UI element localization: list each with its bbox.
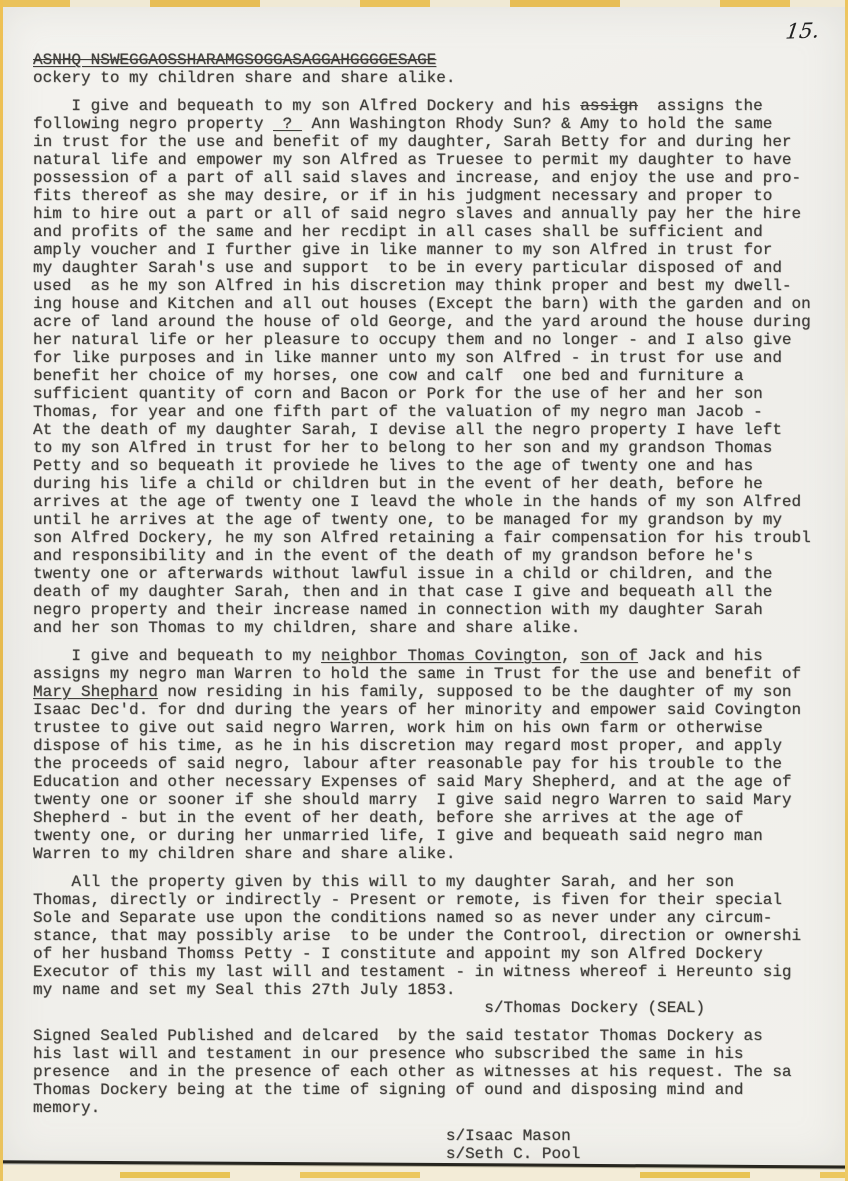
text-line: possession of a part of all said slaves … [33, 169, 839, 187]
text-run: s/Isaac Mason [33, 1127, 571, 1145]
text-line: Education and other necessary Expenses o… [33, 773, 839, 791]
bequest-to-covington-paragraph: I give and bequeath to my neighbor Thoma… [33, 647, 839, 863]
text-line: Shepherd - but in the event of her death… [33, 809, 839, 827]
text-line: Signed Sealed Published and delcared by … [33, 1027, 839, 1045]
text-line: Executor of this my last will and testam… [33, 963, 839, 981]
scan-background: 15. ASNHQ NSWEGGAOSSHARAMGSOGGASAGGAHGGG… [0, 0, 848, 1181]
text-line: her natural life or her pleasure to occu… [33, 331, 839, 349]
attestation-paragraph: Signed Sealed Published and delcared by … [33, 1027, 839, 1117]
text-line: stance, that may possibly arise to be un… [33, 927, 839, 945]
text-run: presence and in the presence of each oth… [33, 1063, 792, 1081]
text-run: Executor of this my last will and testam… [33, 963, 792, 981]
witness-signatures: s/Isaac Mason s/Seth C. Pool [33, 1127, 839, 1163]
text-line: ASNHQ NSWEGGAOSSHARAMGSOGGASAGGAHGGGGESA… [33, 51, 839, 69]
text-line: Petty and so bequeath it proviede he liv… [33, 457, 839, 475]
text-line: used as he my son Alfred in his discreti… [33, 277, 839, 295]
text-line: ing house and Kitchen and all out houses… [33, 295, 839, 313]
page-number: 15. [784, 18, 821, 43]
text-line: benefit her choice of my horses, one cow… [33, 367, 839, 385]
text-line: assigns my negro man Warren to hold the … [33, 665, 839, 683]
text-run: twenty one or sooner if she should marry… [33, 791, 792, 809]
text-run: Warren to my children share and share al… [33, 845, 455, 863]
text-run: during his life a child or children but … [33, 475, 763, 493]
text-run: my name and set my Seal this 27th July 1… [33, 981, 455, 999]
underlined-text: neighbor Thomas Covington [321, 647, 561, 665]
text-run: used as he my son Alfred in his discreti… [33, 277, 792, 295]
text-line: arrives at the age of twenty one I leavd… [33, 493, 839, 511]
scan-edge-top [0, 0, 848, 7]
text-run: acre of land around the house of old Geo… [33, 313, 811, 331]
text-run: and responsibility and in the event of t… [33, 547, 753, 565]
text-line: of her husband Thomss Petty - I constitu… [33, 945, 839, 963]
text-line: to my son Alfred in trust for her to bel… [33, 439, 839, 457]
text-run: I give and bequeath to my son Alfred Doc… [33, 97, 580, 115]
text-run: in trust for the use and benefit of my d… [33, 133, 792, 151]
text-line: sufficient quantity of corn and Bacon or… [33, 385, 839, 403]
text-run: Petty and so bequeath it proviede he liv… [33, 457, 753, 475]
text-run: Thomas Dockery being at the time of sign… [33, 1081, 744, 1099]
text-run: death of my daughter Sarah, then and in … [33, 583, 772, 601]
text-run: All the property given by this will to m… [33, 873, 734, 891]
text-run: Sole and Separate use upon the condition… [33, 909, 772, 927]
text-run: amply voucher and I further give in like… [33, 241, 772, 259]
text-run: fits thereof as she may desire, or if in… [33, 187, 772, 205]
text-run: natural life and empower my son Alfred a… [33, 151, 792, 169]
text-line: Thomas, for year and one fifth part of t… [33, 403, 839, 421]
text-line: trustee to give out said negro Warren, w… [33, 719, 839, 737]
text-line: Thomas, directly or indirectly - Present… [33, 891, 839, 909]
text-line: for like purposes and in like manner unt… [33, 349, 839, 367]
text-run: negro property and their increase named … [33, 601, 763, 619]
text-run: , [561, 647, 580, 665]
text-line: my name and set my Seal this 27th July 1… [33, 981, 839, 999]
text-line: and responsibility and in the event of t… [33, 547, 839, 565]
text-run: of her husband Thomss Petty - I constitu… [33, 945, 763, 963]
text-run: now residing in his family, supposed to … [158, 683, 792, 701]
scanned-page: 15. ASNHQ NSWEGGAOSSHARAMGSOGGASAGGAHGGG… [2, 7, 845, 1165]
text-line: presence and in the presence of each oth… [33, 1063, 839, 1081]
continuation-paragraph: ASNHQ NSWEGGAOSSHARAMGSOGGASAGGAHGGGGESA… [33, 51, 839, 87]
text-run: ockery to my children share and share al… [33, 69, 455, 87]
text-run: sufficient quantity of corn and Bacon or… [33, 385, 763, 403]
text-run: assigns my negro man Warren to hold the … [33, 665, 801, 683]
text-line: twenty one or sooner if she should marry… [33, 791, 839, 809]
text-line: ockery to my children share and share al… [33, 69, 839, 87]
text-line: twenty one or afterwards without lawful … [33, 565, 839, 583]
text-run: Shepherd - but in the event of her death… [33, 809, 744, 827]
text-line: Sole and Separate use upon the condition… [33, 909, 839, 927]
text-line: twenty one, or during her unmarried life… [33, 827, 839, 845]
document-text: ASNHQ NSWEGGAOSSHARAMGSOGGASAGGAHGGGGESA… [33, 51, 839, 1173]
text-run: Jack and his [638, 647, 763, 665]
text-run: son Alfred Dockery, he my son Alfred ret… [33, 529, 811, 547]
text-run: Ann Washington Rhody Sun? & Amy to hold … [302, 115, 772, 133]
text-run: stance, that may possibly arise to be un… [33, 927, 801, 945]
text-line: following negro property ? Ann Washingto… [33, 115, 839, 133]
text-line: I give and bequeath to my neighbor Thoma… [33, 647, 839, 665]
text-line: fits thereof as she may desire, or if in… [33, 187, 839, 205]
text-line: and profits of the same and her recdipt … [33, 223, 839, 241]
struck-text: ASNHQ NSWEGGAOSSHARAMGSOGGASAGGAHGGGGESA… [33, 51, 436, 69]
text-line: All the property given by this will to m… [33, 873, 839, 891]
text-run: my daughter Sarah's use and support to b… [33, 259, 782, 277]
text-run: until he arrives at the age of twenty on… [33, 511, 782, 529]
text-line: my daughter Sarah's use and support to b… [33, 259, 839, 277]
text-line: in trust for the use and benefit of my d… [33, 133, 839, 151]
text-run: arrives at the age of twenty one I leavd… [33, 493, 801, 511]
text-line: acre of land around the house of old Geo… [33, 313, 839, 331]
text-run: and profits of the same and her recdipt … [33, 223, 763, 241]
text-line: Isaac Dec'd. for dnd during the years of… [33, 701, 839, 719]
underlined-text: son of [580, 647, 638, 665]
text-line: Warren to my children share and share al… [33, 845, 839, 863]
text-run: the proceeds of said negro, labour after… [33, 755, 782, 773]
text-run: Isaac Dec'd. for dnd during the years of… [33, 701, 801, 719]
text-line: him to hire out a part or all of said ne… [33, 205, 839, 223]
text-line: the proceeds of said negro, labour after… [33, 755, 839, 773]
underlined-text: ? [273, 115, 302, 133]
text-run: possession of a part of all said slaves … [33, 169, 801, 187]
underlined-text: Mary Shephard [33, 683, 158, 701]
text-run: him to hire out a part or all of said ne… [33, 205, 801, 223]
struck-text: assign [580, 97, 638, 115]
text-run: Education and other necessary Expenses o… [33, 773, 792, 791]
text-line: during his life a child or children but … [33, 475, 839, 493]
text-line: I give and bequeath to my son Alfred Doc… [33, 97, 839, 115]
text-line: s/Thomas Dockery (SEAL) [33, 999, 839, 1017]
text-line: son Alfred Dockery, he my son Alfred ret… [33, 529, 839, 547]
text-run: for like purposes and in like manner unt… [33, 349, 782, 367]
text-line: his last will and testament in our prese… [33, 1045, 839, 1063]
text-run: to my son Alfred in trust for her to bel… [33, 439, 772, 457]
text-run: her natural life or her pleasure to occu… [33, 331, 792, 349]
text-run: his last will and testament in our prese… [33, 1045, 744, 1063]
text-run: Thomas, for year and one fifth part of t… [33, 403, 763, 421]
text-run: dispose of his time, as he in his discre… [33, 737, 782, 755]
text-run: trustee to give out said negro Warren, w… [33, 719, 763, 737]
text-line: amply voucher and I further give in like… [33, 241, 839, 259]
text-run: assigns the [638, 97, 763, 115]
text-run: ing house and Kitchen and all out houses… [33, 295, 811, 313]
text-run: Signed Sealed Published and delcared by … [33, 1027, 763, 1045]
text-run: I give and bequeath to my [33, 647, 321, 665]
text-run: following negro property [33, 115, 273, 133]
text-run: s/Thomas Dockery (SEAL) [33, 999, 705, 1017]
text-line: death of my daughter Sarah, then and in … [33, 583, 839, 601]
conditions-and-executor-paragraph: All the property given by this will to m… [33, 873, 839, 1017]
text-line: Thomas Dockery being at the time of sign… [33, 1081, 839, 1099]
text-line: dispose of his time, as he in his discre… [33, 737, 839, 755]
text-line: memory. [33, 1099, 839, 1117]
text-line: and her son Thomas to my children, share… [33, 619, 839, 637]
text-line: s/Isaac Mason [33, 1127, 839, 1145]
text-line: Mary Shephard now residing in his family… [33, 683, 839, 701]
text-run: and her son Thomas to my children, share… [33, 619, 580, 637]
text-run: Thomas, directly or indirectly - Present… [33, 891, 782, 909]
scan-edge-left [0, 0, 3, 1181]
text-run: benefit her choice of my horses, one cow… [33, 367, 744, 385]
text-run: At the death of my daughter Sarah, I dev… [33, 421, 782, 439]
bequest-to-alfred-paragraph: I give and bequeath to my son Alfred Doc… [33, 97, 839, 637]
text-line: until he arrives at the age of twenty on… [33, 511, 839, 529]
text-line: At the death of my daughter Sarah, I dev… [33, 421, 839, 439]
text-line: negro property and their increase named … [33, 601, 839, 619]
text-run: twenty one, or during her unmarried life… [33, 827, 763, 845]
text-line: natural life and empower my son Alfred a… [33, 151, 839, 169]
text-run: memory. [33, 1099, 100, 1117]
text-run: twenty one or afterwards without lawful … [33, 565, 772, 583]
